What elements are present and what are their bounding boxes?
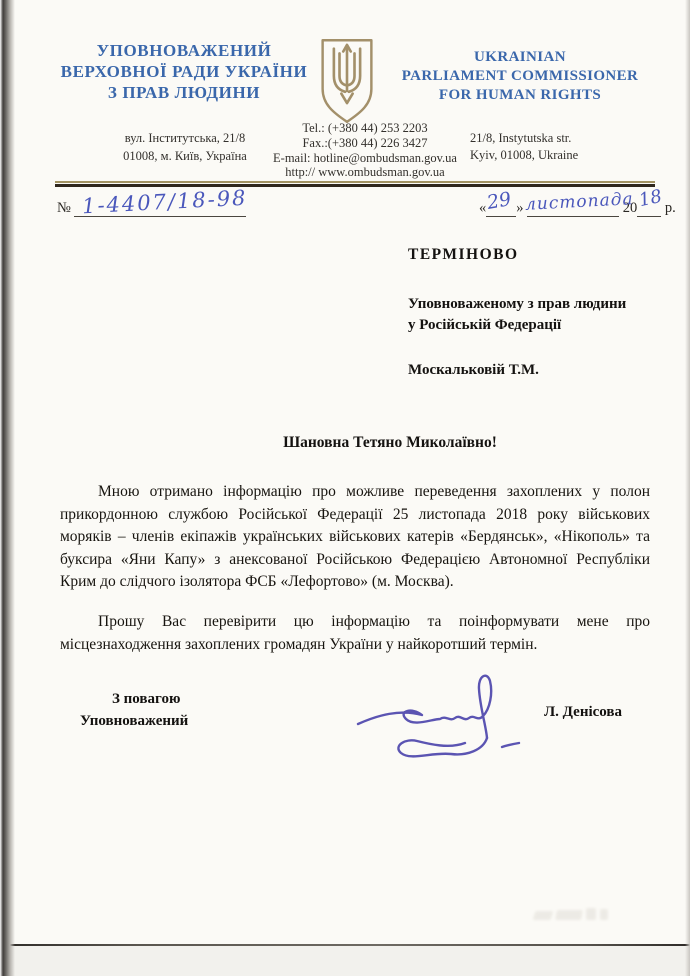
date-year-blank-line: 18 xyxy=(637,198,661,217)
paper-bottom-edge xyxy=(0,944,690,946)
body-paragraph-2: Прошу Вас перевірити цю інформацію та по… xyxy=(60,611,650,656)
scanner-background-strip xyxy=(0,946,690,976)
signatory-name: Л. Денісова xyxy=(544,704,622,721)
org-title-uk-line2: ВЕРХОВНОЇ РАДИ УКРАЇНИ xyxy=(58,61,310,82)
handwritten-signature-icon xyxy=(352,668,528,766)
closing-block: З повагою Уповноважений xyxy=(80,688,188,732)
scanned-letter-page: УПОВНОВАЖЕНИЙ ВЕРХОВНОЇ РАДИ УКРАЇНИ З П… xyxy=(0,0,690,976)
contact-fax: Fax.:(+380 44) 226 3427 xyxy=(262,136,468,151)
divider-dark-line xyxy=(55,184,655,187)
org-title-uk-line1: УПОВНОВАЖЕНИЙ xyxy=(58,40,310,61)
letterhead-divider xyxy=(55,181,655,187)
org-title-en-line1: UKRAINIAN xyxy=(392,48,648,67)
org-title-uk-line3: З ПРАВ ЛЮДИНИ xyxy=(58,82,310,103)
address-ukrainian: вул. Інститутська, 21/8 01008, м. Київ, … xyxy=(90,129,280,165)
date-day-blank-line: 29 xyxy=(486,198,516,217)
recipient-line2: у Російській Федерації xyxy=(408,315,626,336)
reference-number-handwritten: 1-4407/18-98 xyxy=(82,186,249,219)
urgency-label: ТЕРМІНОВО xyxy=(408,246,519,264)
date-close-quote: » xyxy=(516,200,523,216)
org-title-en-line3: FOR HUMAN RIGHTS xyxy=(392,86,648,105)
body-paragraph-1: Мною отримано інформацію про можливе пер… xyxy=(60,481,650,594)
date-row: «29» листопада 2018 р. xyxy=(479,198,676,217)
contact-email: E-mail: hotline@ombudsman.gov.ua xyxy=(262,151,468,166)
date-year-handwritten: 18 xyxy=(637,186,664,211)
recipient-name: Москальковій Т.М. xyxy=(408,360,626,381)
date-month-blank-line: листопада xyxy=(527,198,619,217)
address-uk-line1: вул. Інститутська, 21/8 xyxy=(90,129,280,147)
date-day-handwritten: 29 xyxy=(486,188,514,214)
salutation: Шановна Тетяно Миколаївно! xyxy=(100,434,680,452)
recipient-block: Уповноваженому з прав людини у Російські… xyxy=(408,294,626,381)
reference-number-blank-line: 1-4407/18-98 xyxy=(74,198,246,217)
scan-edge-shadow-right xyxy=(685,0,690,976)
address-english: 21/8, Instytutska str. Kyiv, 01008, Ukra… xyxy=(470,130,650,164)
date-year-suffix: р. xyxy=(665,200,676,216)
contact-details: Tel.: (+380 44) 253 2203 Fax.:(+380 44) … xyxy=(262,121,468,180)
org-title-en-line2: PARLIAMENT COMMISSIONER xyxy=(392,67,648,86)
closing-line2: Уповноважений xyxy=(80,710,188,732)
recipient-line1: Уповноваженому з прав людини xyxy=(408,294,626,315)
contact-tel: Tel.: (+380 44) 253 2203 xyxy=(262,121,468,136)
address-uk-line2: 01008, м. Київ, Україна xyxy=(90,147,280,165)
scan-edge-shadow-left xyxy=(0,0,15,976)
reference-number-row: № 1-4407/18-98 xyxy=(57,198,246,217)
ukraine-trident-emblem-icon xyxy=(317,35,377,128)
divider-gold-line xyxy=(55,181,655,183)
date-month-handwritten: листопада xyxy=(525,189,635,215)
contact-website: http:// www.ombudsman.gov.ua xyxy=(262,165,468,180)
reference-number-label: № xyxy=(57,200,71,216)
org-title-ukrainian: УПОВНОВАЖЕНИЙ ВЕРХОВНОЇ РАДИ УКРАЇНИ З П… xyxy=(58,40,310,103)
address-en-line2: Kyiv, 01008, Ukraine xyxy=(470,147,650,164)
org-title-english: UKRAINIAN PARLIAMENT COMMISSIONER FOR HU… xyxy=(392,48,648,105)
address-en-line1: 21/8, Instytutska str. xyxy=(470,130,650,147)
closing-line1: З повагою xyxy=(112,688,188,710)
ink-bleedthrough-mark xyxy=(532,906,642,932)
date-open-quote: « xyxy=(479,200,486,216)
